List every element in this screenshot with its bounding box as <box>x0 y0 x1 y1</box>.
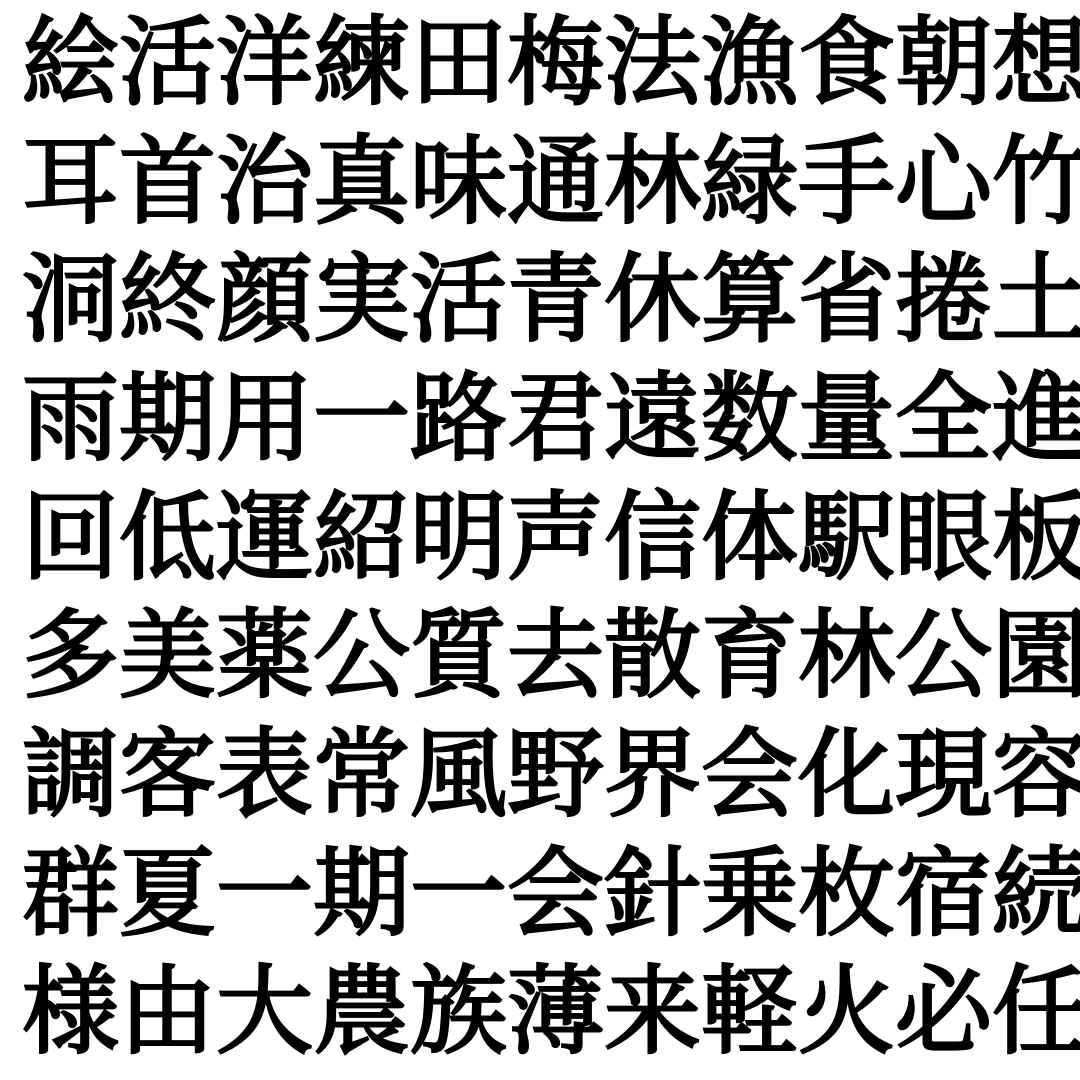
kanji-char: 味 <box>410 134 507 231</box>
kanji-char: 終 <box>119 252 216 349</box>
kanji-char: 法 <box>604 15 701 112</box>
kanji-row-9: 様由大農族薄来軽火必任季 <box>0 953 1080 1072</box>
kanji-char: 容 <box>992 727 1080 824</box>
kanji-char: 散 <box>604 608 701 705</box>
kanji-char: 君 <box>507 371 604 468</box>
kanji-char: 群 <box>22 846 119 943</box>
kanji-char: 薄 <box>507 964 604 1061</box>
kanji-char: 乗 <box>701 846 798 943</box>
kanji-char: 梅 <box>507 15 604 112</box>
kanji-row-1: 絵活洋練田梅法漁食朝想暑 <box>0 4 1080 123</box>
kanji-row-4: 雨期用一路君遠数量全進来 <box>0 360 1080 479</box>
kanji-char: 火 <box>798 964 895 1061</box>
kanji-char: 必 <box>895 964 992 1061</box>
kanji-char: 治 <box>216 134 313 231</box>
kanji-char: 会 <box>701 727 798 824</box>
kanji-char: 夏 <box>119 846 216 943</box>
kanji-char: 薬 <box>216 608 313 705</box>
kanji-char: 期 <box>313 846 410 943</box>
kanji-row-5: 回低運紹明声信体駅眼板安 <box>0 479 1080 598</box>
kanji-char: 針 <box>604 846 701 943</box>
kanji-char: 公 <box>313 608 410 705</box>
kanji-char: 来 <box>604 964 701 1061</box>
kanji-char: 低 <box>119 490 216 587</box>
kanji-char: 田 <box>410 15 507 112</box>
kanji-char: 活 <box>119 15 216 112</box>
kanji-char: 洋 <box>216 15 313 112</box>
kanji-char: 活 <box>410 252 507 349</box>
kanji-char: 回 <box>22 490 119 587</box>
kanji-char: 大 <box>216 964 313 1061</box>
kanji-char: 竹 <box>992 134 1080 231</box>
kanji-char: 耳 <box>22 134 119 231</box>
kanji-char: 一 <box>216 846 313 943</box>
kanji-char: 朝 <box>895 15 992 112</box>
kanji-char: 眼 <box>895 490 992 587</box>
kanji-char: 化 <box>798 727 895 824</box>
kanji-char: 体 <box>701 490 798 587</box>
kanji-char: 食 <box>798 15 895 112</box>
kanji-char: 多 <box>22 608 119 705</box>
kanji-char: 会 <box>507 846 604 943</box>
kanji-char: 洞 <box>22 252 119 349</box>
kanji-char: 林 <box>798 608 895 705</box>
kanji-char: 界 <box>604 727 701 824</box>
kanji-char: 現 <box>895 727 992 824</box>
kanji-char: 農 <box>313 964 410 1061</box>
kanji-char: 一 <box>410 846 507 943</box>
kanji-char: 野 <box>507 727 604 824</box>
kanji-char: 路 <box>410 371 507 468</box>
kanji-char: 園 <box>992 608 1080 705</box>
kanji-char: 全 <box>895 371 992 468</box>
kanji-char: 様 <box>22 964 119 1061</box>
kanji-char: 質 <box>410 608 507 705</box>
kanji-char: 軽 <box>701 964 798 1061</box>
kanji-char: 一 <box>313 371 410 468</box>
kanji-char: 公 <box>895 608 992 705</box>
kanji-row-8: 群夏一期一会針乗枚宿続旅 <box>0 835 1080 954</box>
kanji-char: 表 <box>216 727 313 824</box>
kanji-char: 心 <box>895 134 992 231</box>
kanji-char: 続 <box>992 846 1080 943</box>
kanji-char: 休 <box>604 252 701 349</box>
kanji-sheet: 絵活洋練田梅法漁食朝想暑 耳首治真味通林緑手心竹油 洞終顔実活青休算省捲土重 雨… <box>0 0 1080 1080</box>
kanji-row-3: 洞終顔実活青休算省捲土重 <box>0 241 1080 360</box>
kanji-char: 風 <box>410 727 507 824</box>
kanji-char: 省 <box>798 252 895 349</box>
kanji-char: 漁 <box>701 15 798 112</box>
kanji-char: 想 <box>992 15 1080 112</box>
kanji-char: 紹 <box>313 490 410 587</box>
kanji-char: 顔 <box>216 252 313 349</box>
kanji-char: 雨 <box>22 371 119 468</box>
kanji-char: 客 <box>119 727 216 824</box>
kanji-char: 林 <box>604 134 701 231</box>
kanji-row-7: 調客表常風野界会化現容守 <box>0 716 1080 835</box>
kanji-char: 期 <box>119 371 216 468</box>
kanji-char: 絵 <box>22 15 119 112</box>
kanji-char: 進 <box>992 371 1080 468</box>
kanji-char: 去 <box>507 608 604 705</box>
kanji-char: 板 <box>992 490 1080 587</box>
kanji-row-6: 多美薬公質去散育林公園泳 <box>0 597 1080 716</box>
kanji-char: 数 <box>701 371 798 468</box>
kanji-char: 育 <box>701 608 798 705</box>
kanji-char: 宿 <box>895 846 992 943</box>
kanji-char: 首 <box>119 134 216 231</box>
kanji-char: 族 <box>410 964 507 1061</box>
kanji-char: 美 <box>119 608 216 705</box>
kanji-char: 真 <box>313 134 410 231</box>
kanji-char: 青 <box>507 252 604 349</box>
kanji-char: 遠 <box>604 371 701 468</box>
kanji-char: 常 <box>313 727 410 824</box>
kanji-char: 調 <box>22 727 119 824</box>
kanji-char: 明 <box>410 490 507 587</box>
kanji-char: 枚 <box>798 846 895 943</box>
kanji-char: 由 <box>119 964 216 1061</box>
kanji-char: 信 <box>604 490 701 587</box>
kanji-char: 駅 <box>798 490 895 587</box>
kanji-char: 通 <box>507 134 604 231</box>
kanji-char: 運 <box>216 490 313 587</box>
kanji-char: 用 <box>216 371 313 468</box>
kanji-char: 任 <box>992 964 1080 1061</box>
kanji-row-2: 耳首治真味通林緑手心竹油 <box>0 123 1080 242</box>
kanji-char: 土 <box>992 252 1080 349</box>
kanji-char: 手 <box>798 134 895 231</box>
kanji-char: 練 <box>313 15 410 112</box>
kanji-char: 緑 <box>701 134 798 231</box>
kanji-char: 捲 <box>895 252 992 349</box>
kanji-char: 算 <box>701 252 798 349</box>
kanji-char: 量 <box>798 371 895 468</box>
kanji-char: 実 <box>313 252 410 349</box>
kanji-char: 声 <box>507 490 604 587</box>
